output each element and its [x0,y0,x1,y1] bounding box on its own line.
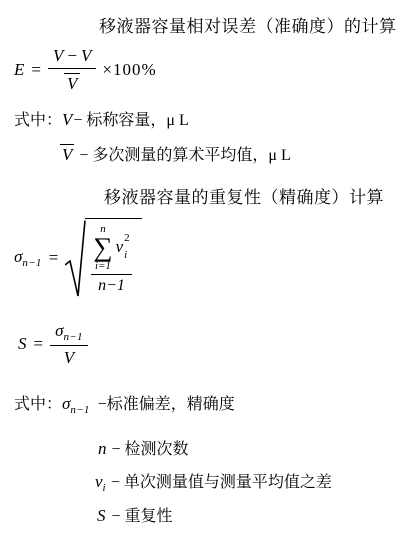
sum-lower-limit: i=1 [95,260,111,272]
denominator-vbar: V [64,73,80,94]
symbol-vbar-mean: V [60,144,74,165]
s-symbol: S [97,506,106,525]
fraction-denominator: V [64,69,80,94]
numerator-v1: V [53,46,63,65]
s-symbol: S [18,334,27,354]
v-subscript-i: i [103,482,106,494]
def-mean-line: V− 多次测量的算术平均值，μ L [60,144,291,166]
relative-error-formula: E = V−V V ×100% [14,46,157,94]
sum-numerator: n ∑ i=1 v 2 i [91,223,131,276]
def-vi-line: vi− 单次测量值与测量平均值之差 [95,472,332,498]
repeatability-section-title: 移液器容量的重复性（精确度）计算 [104,183,384,208]
equals-sign: = [49,248,59,268]
accuracy-section-title: 移液器容量相对误差（准确度）的计算 [99,12,397,37]
times-100-percent: ×100% [102,60,156,80]
summation: n ∑ i=1 [93,223,112,273]
symbol-v-nominal: V [62,110,72,129]
radicand: n ∑ i=1 v 2 i n−1 [85,218,141,296]
def-mean-text: − 多次测量的算术平均值，μ L [79,147,290,164]
def-n-text: − 检测次数 [112,441,189,458]
def-n-line: n− 检测次数 [98,439,189,460]
equals-sign: = [31,60,41,80]
v-i-squared: v 2 i [116,233,130,261]
term-scripts: 2 i [124,233,130,261]
repeatability-formula: S = σn−1 V [18,316,88,372]
document-page: 移液器容量相对误差（准确度）的计算 E = V−V V ×100% 式中：V− … [0,0,415,534]
def-s-text: − 重复性 [112,508,173,525]
where-prefix: 式中： [14,396,62,413]
where-prefix: 式中： [14,112,62,129]
std-deviation-formula: σn−1 = n ∑ i=1 v 2 i [14,214,142,302]
radical-hook-icon [65,219,87,299]
fraction-v-over-vbar: V−V V [48,46,96,94]
formula-lhs-E: E [14,60,24,80]
fraction-numerator: σn−1 [50,321,88,346]
n-symbol: n [98,439,107,458]
equals-sign: = [34,334,44,354]
def-sigma-text: −标准偏差，精确度 [98,396,235,413]
term-superscript-2: 2 [124,233,130,244]
sigma-sum-icon: ∑ [93,235,112,261]
fraction-sigma-over-v: σn−1 V [50,321,88,368]
term-base-v: v [116,237,124,257]
sigma-subscript: n−1 [70,404,89,416]
numerator-v2: V [81,46,91,65]
square-root: n ∑ i=1 v 2 i n−1 [65,218,141,299]
term-subscript-i: i [124,250,130,261]
fraction-numerator: V−V [48,46,96,69]
minus-sign: − [67,46,77,65]
sigma-lhs-group: σn−1 [14,247,42,269]
sigma-subscript: n−1 [63,331,82,343]
where-line-accuracy: 式中：V− 标称容量，μ L [14,110,189,131]
where-line-repeatability: 式中：σn−1−标准偏差，精确度 [14,394,235,420]
fraction-denominator-v: V [64,346,74,368]
v-symbol: v [95,472,103,491]
sigma-subscript: n−1 [22,257,41,269]
def-s-line: S− 重复性 [97,506,173,527]
def-nominal-text: − 标称容量，μ L [73,112,188,129]
def-vi-text: − 单次测量值与测量平均值之差 [111,474,332,491]
n-minus-1-denominator: n−1 [98,275,125,295]
